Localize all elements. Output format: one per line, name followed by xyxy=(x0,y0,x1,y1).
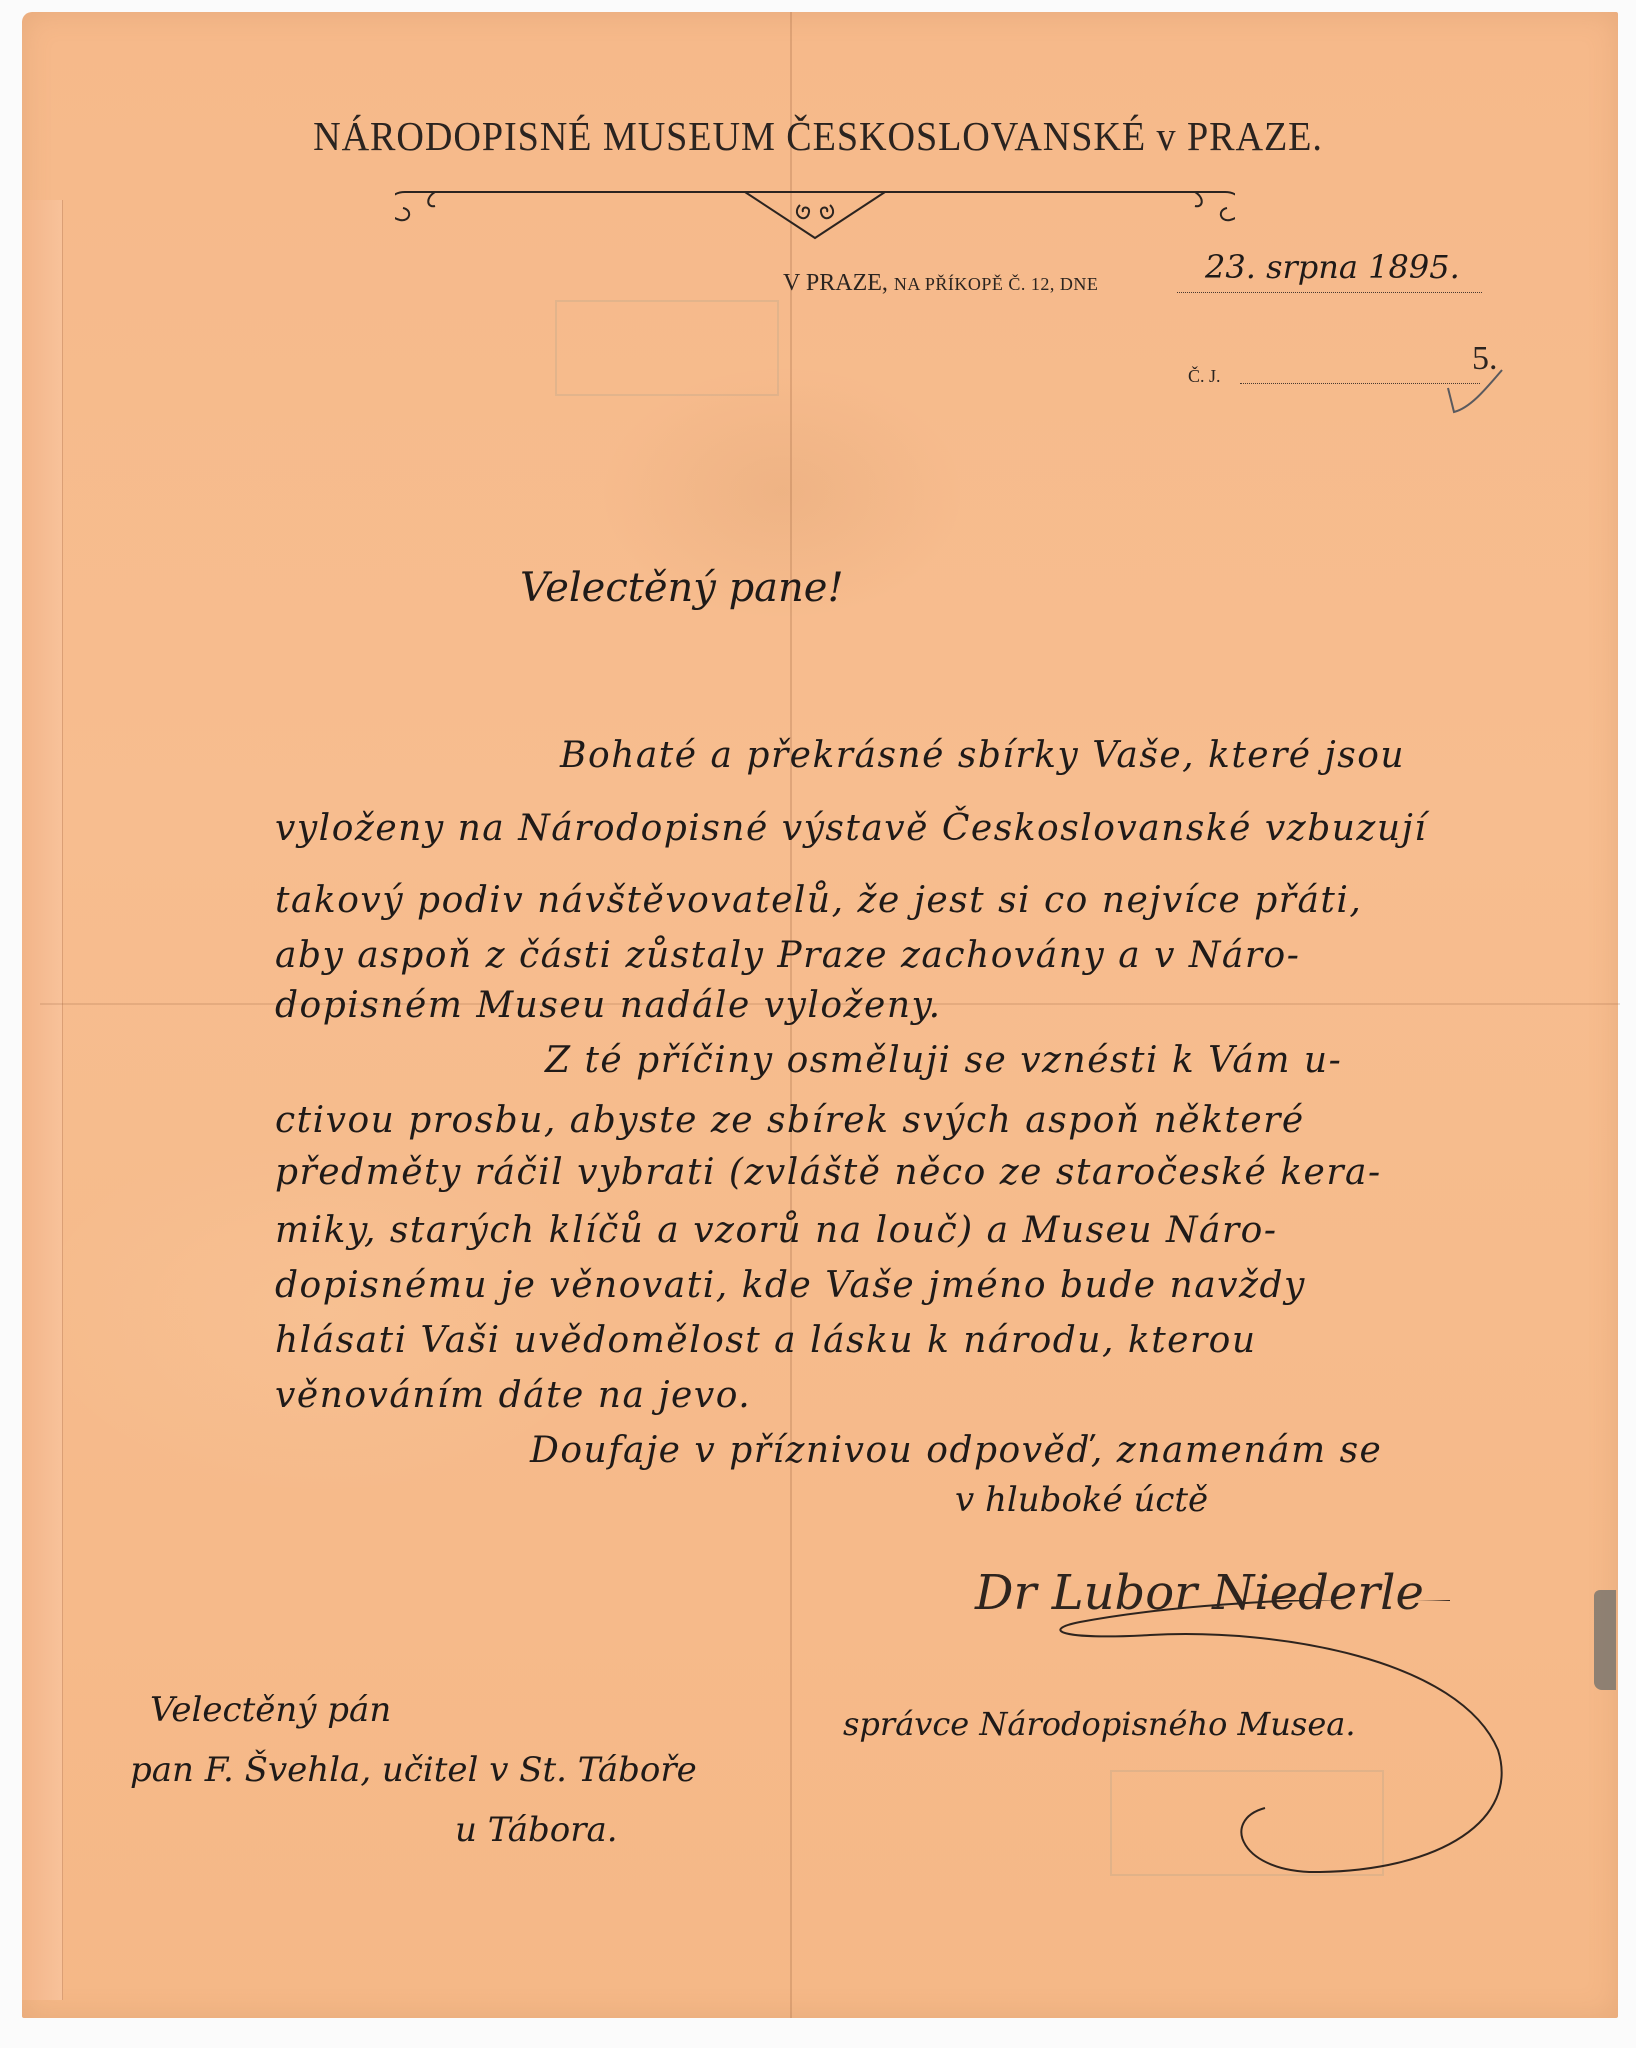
pencil-check-icon xyxy=(1440,360,1510,420)
body-line: věnováním dáte na jevo. xyxy=(275,1375,751,1416)
body-line: Bohaté a překrásné sbírky Vaše, které js… xyxy=(560,735,1405,776)
body-line: dopisném Museu nadále vyloženy. xyxy=(275,985,942,1026)
place-street: NA PŘÍKOPĚ Č. 12, DNE xyxy=(894,274,1099,294)
body-line: Z té příčiny osměluji se vznésti k Vám u… xyxy=(545,1040,1342,1081)
letterhead-title: NÁRODOPISNÉ MUSEUM ČESKOSLOVANSKÉ v PRAZ… xyxy=(57,112,1578,160)
handwritten-date: 23. srpna 1895. xyxy=(1205,248,1460,286)
folded-left-edge xyxy=(22,200,63,2000)
body-line: takový podiv návštěvovatelů, že jest si … xyxy=(275,880,1362,921)
address-line-1: Velectěný pán xyxy=(150,1690,391,1730)
body-line: Doufaje v příznivou odpověď, znamenám se xyxy=(530,1430,1382,1471)
reference-label: Č. J. xyxy=(1188,366,1221,387)
salutation: Velectěný pane! xyxy=(520,565,844,611)
torn-edge-right xyxy=(1594,1590,1616,1690)
place-prefix: V PRAZE, xyxy=(783,270,888,296)
body-line: miky, starých klíčů a vzorů na louč) a M… xyxy=(275,1210,1278,1251)
ornament-divider-icon xyxy=(395,170,1235,240)
body-line: dopisnému je věnovati, kde Vaše jméno bu… xyxy=(275,1265,1306,1306)
place-line: V PRAZE, NA PŘÍKOPĚ Č. 12, DNE xyxy=(783,270,1098,297)
faint-stamp-top xyxy=(555,300,779,396)
body-line: aby aspoň z části zůstaly Praze zachován… xyxy=(275,935,1300,976)
signer-role: správce Národopisného Musea. xyxy=(843,1705,1356,1743)
body-line: vyloženy na Národopisné výstavě Českoslo… xyxy=(275,808,1427,849)
signature-flourish-icon xyxy=(1020,1600,1510,1900)
address-line-2: pan F. Švehla, učitel v St. Táboře xyxy=(130,1750,697,1790)
body-line: předměty ráčil vybrati (zvláště něco ze … xyxy=(275,1152,1382,1193)
closing-phrase: v hluboké úctě xyxy=(955,1480,1208,1520)
body-line: ctivou prosbu, abyste ze sbírek svých as… xyxy=(275,1100,1305,1141)
body-line: hlásati Vaši uvědomělost a lásku k národ… xyxy=(275,1320,1257,1361)
address-line-3: u Tábora. xyxy=(455,1810,618,1850)
